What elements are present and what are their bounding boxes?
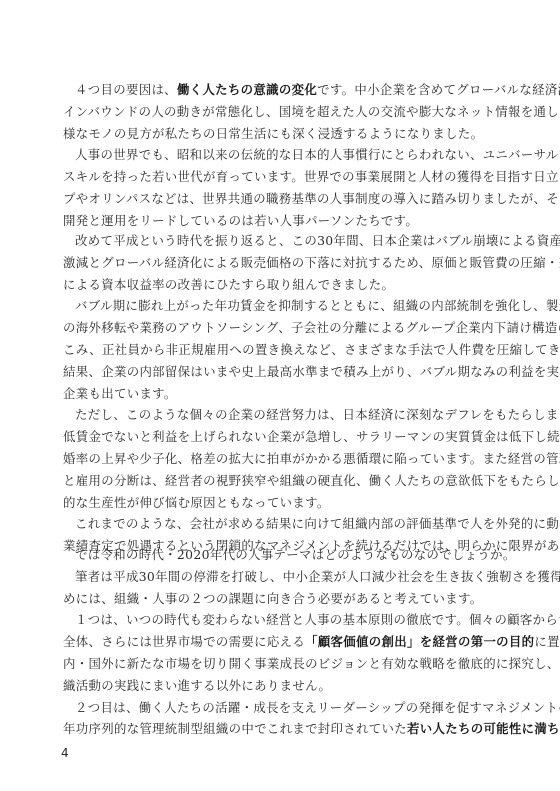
text-line: の海外移転や業務のアウトソーシング、子会社の分離によるグループ企業内下請け構造の…	[63, 317, 495, 339]
text-line: 低賃金でないと利益を上げられない企業が急増し、サラリーマンの実質賃金は低下し続け…	[63, 426, 495, 448]
section-reiwa-themes: では令和の時代・2020年代の人事テーマはどのようなものなのでしょうか。筆者は平…	[63, 544, 495, 740]
body-text: スキルを持った若い世代が育っています。世界での事業展開と人材の獲得を目指す日立グ…	[63, 169, 560, 184]
text-line: と雇用の分断は、経営者の視野狭窄や組織の硬直化、働く人たちの意欲低下をもたらし、…	[63, 470, 495, 492]
text-line: 内・国外に新たな市場を切り開く事業成長のビジョンと有効な戦略を徹底的に探究し、そ…	[63, 653, 495, 675]
text-line: スキルを持った若い世代が育っています。世界での事業展開と人材の獲得を目指す日立グ…	[63, 166, 495, 188]
body-text: 低賃金でないと利益を上げられない企業が急増し、サラリーマンの実質賃金は低下し続け…	[63, 429, 560, 444]
body-text: 内・国外に新たな市場を切り開く事業成長のビジョンと有効な戦略を徹底的に探究し、そ…	[63, 656, 560, 671]
text-line: めには、組織・人事の２つの課題に向き合う必要があると考えています。	[63, 588, 495, 610]
body-text: です。中小企業を含めてグローバルな経済活動や	[317, 82, 560, 97]
text-line: 開発と運用をリードしているのは若い人事パーソンたちです。	[63, 210, 495, 232]
text-line: ４つ目の要因は、働く人たちの意識の変化です。中小企業を含めてグローバルな経済活動…	[63, 79, 495, 101]
body-text: と雇用の分断は、経営者の視野狭窄や組織の硬直化、働く人たちの意欲低下をもたらし、…	[63, 473, 560, 488]
text-line: これまでのような、会社が求める結果に向けて組織内部の評価基準で人を外発的に動機づ…	[63, 513, 495, 535]
text-line: 年功序列的な管理統制型組織の中でこれまで封印されていた若い人たちの可能性に満ちた…	[63, 718, 495, 740]
emphasized-text: 働く人たちの意識の変化	[177, 82, 317, 97]
body-text: 的な生産性が伸び悩む原因ともなっています。	[63, 495, 330, 510]
body-text: 人事の世界でも、昭和以来の伝統的な日本的人事慣行にとらわれない、ユニバーサルな人…	[75, 147, 560, 162]
text-line: ２つ目は、働く人たちの活躍・成長を支えリーダーシップの発揮を促すマネジメントの力…	[63, 697, 495, 719]
text-line: バブル期に膨れ上がった年功賃金を抑制するとともに、組織の内部統制を強化し、製造部…	[63, 295, 495, 317]
text-line: による資本収益率の改善にひたすら取り組んできました。	[63, 274, 495, 296]
body-text: では令和の時代・2020年代の人事テーマはどのようなものなのでしょうか。	[75, 547, 516, 562]
body-text: ４つ目の要因は、	[75, 82, 177, 97]
body-text: 織活動の実践にまい進する以外にありません。	[63, 678, 331, 693]
body-text: こみ、正社員から非正規雇用への置き換えなど、さまざまな手法で人件費を圧縮してきま…	[63, 342, 560, 357]
body-text: に置き、国	[534, 634, 560, 649]
body-text: 婚率の上昇や少子化、格差の拡大に拍車がかかる悪循環に陥っています。また経営の管理…	[63, 451, 560, 466]
body-text: ２つ目は、働く人たちの活躍・成長を支えリーダーシップの発揮を促すマネジメントの力…	[75, 700, 560, 715]
document-page: ４つ目の要因は、働く人たちの意識の変化です。中小企業を含めてグローバルな経済活動…	[0, 0, 560, 791]
text-line: 結果、企業の内部留保はいまや史上最高水準まで積み上がり、バブル期なみの利益を実現…	[63, 361, 495, 383]
text-line: 織活動の実践にまい進する以外にありません。	[63, 675, 495, 697]
body-text: 企業も出ています。	[63, 386, 177, 401]
text-line: 改めて平成という時代を振り返ると、この30年間、日本企業はバブル崩壊による資産価…	[63, 230, 495, 252]
body-text: １つは、いつの時代も変わらない経営と人事の基本原則の徹底です。個々の顧客から世の…	[75, 612, 560, 627]
text-line: プやオリンパスなどは、世界共通の職務基準の人事制度の導入に踏み切りましたが、その…	[63, 188, 495, 210]
text-line: 様なモノの見方が私たちの日常生活にも深く浸透するようになりました。	[63, 123, 495, 145]
text-line: 激減とグローバル経済化による販売価格の下落に対抗するため、原価と販管費の圧縮・効…	[63, 252, 495, 274]
section-awareness-change: ４つ目の要因は、働く人たちの意識の変化です。中小企業を含めてグローバルな経済活動…	[63, 79, 495, 232]
body-text: 全体、さらには世界市場での需要に応える	[63, 634, 305, 649]
text-line: ただし、このような個々の企業の経営努力は、日本経済に深刻なデフレをもたらしました…	[63, 404, 495, 426]
body-text: ただし、このような個々の企業の経営努力は、日本経済に深刻なデフレをもたらしました…	[75, 407, 560, 422]
body-text: の海外移転や業務のアウトソーシング、子会社の分離によるグループ企業内下請け構造の…	[63, 320, 560, 335]
body-text: 開発と運用をリードしているのは若い人事パーソンたちです。	[63, 213, 418, 228]
body-text: による資本収益率の改善にひたすら取り組んできました。	[63, 277, 394, 292]
body-text: 改めて平成という時代を振り返ると、この30年間、日本企業はバブル崩壊による資産価…	[75, 233, 560, 248]
emphasized-text: 「顧客価値の創出」を経営の第一の目的	[305, 634, 534, 649]
section-heisei-retrospective: 改めて平成という時代を振り返ると、この30年間、日本企業はバブル崩壊による資産価…	[63, 230, 495, 557]
text-line: １つは、いつの時代も変わらない経営と人事の基本原則の徹底です。個々の顧客から世の…	[63, 609, 495, 631]
body-text: これまでのような、会社が求める結果に向けて組織内部の評価基準で人を外発的に動機づ…	[75, 516, 560, 531]
body-text: 年功序列的な管理統制型組織の中でこれまで封印されていた	[63, 721, 407, 736]
body-text: 様なモノの見方が私たちの日常生活にも深く浸透するようになりました。	[63, 126, 483, 141]
body-text: めには、組織・人事の２つの課題に向き合う必要があると考えています。	[63, 591, 482, 606]
text-line: 全体、さらには世界市場での需要に応える「顧客価値の創出」を経営の第一の目的に置き…	[63, 631, 495, 653]
body-text: インバウンドの人の動きが常態化し、国境を超えた人の交流や膨大なネット情報を通して…	[63, 104, 560, 119]
body-text: 結果、企業の内部留保はいまや史上最高水準まで積み上がり、バブル期なみの利益を実現…	[63, 364, 560, 379]
text-line: こみ、正社員から非正規雇用への置き換えなど、さまざまな手法で人件費を圧縮してきま…	[63, 339, 495, 361]
body-text: 筆者は平成30年間の停滞を打破し、中小企業が人口減少社会を生き抜く強靭さを獲得す…	[75, 569, 560, 584]
text-line: 的な生産性が伸び悩む原因ともなっています。	[63, 492, 495, 514]
text-line: 人事の世界でも、昭和以来の伝統的な日本的人事慣行にとらわれない、ユニバーサルな人…	[63, 144, 495, 166]
text-line: 婚率の上昇や少子化、格差の拡大に拍車がかかる悪循環に陥っています。また経営の管理…	[63, 448, 495, 470]
text-line: 筆者は平成30年間の停滞を打破し、中小企業が人口減少社会を生き抜く強靭さを獲得す…	[63, 566, 495, 588]
text-line: インバウンドの人の動きが常態化し、国境を超えた人の交流や膨大なネット情報を通して…	[63, 101, 495, 123]
emphasized-text: 若い人たちの可能性に満ちたバ	[407, 721, 560, 736]
body-text: プやオリンパスなどは、世界共通の職務基準の人事制度の導入に踏み切りましたが、その…	[63, 191, 560, 206]
text-line: 企業も出ています。	[63, 383, 495, 405]
body-text: バブル期に膨れ上がった年功賃金を抑制するとともに、組織の内部統制を強化し、製造部…	[75, 298, 560, 313]
page-number: 4	[61, 746, 69, 760]
text-line: では令和の時代・2020年代の人事テーマはどのようなものなのでしょうか。	[63, 544, 495, 566]
body-text: 激減とグローバル経済化による販売価格の下落に対抗するため、原価と販管費の圧縮・効…	[63, 255, 560, 270]
